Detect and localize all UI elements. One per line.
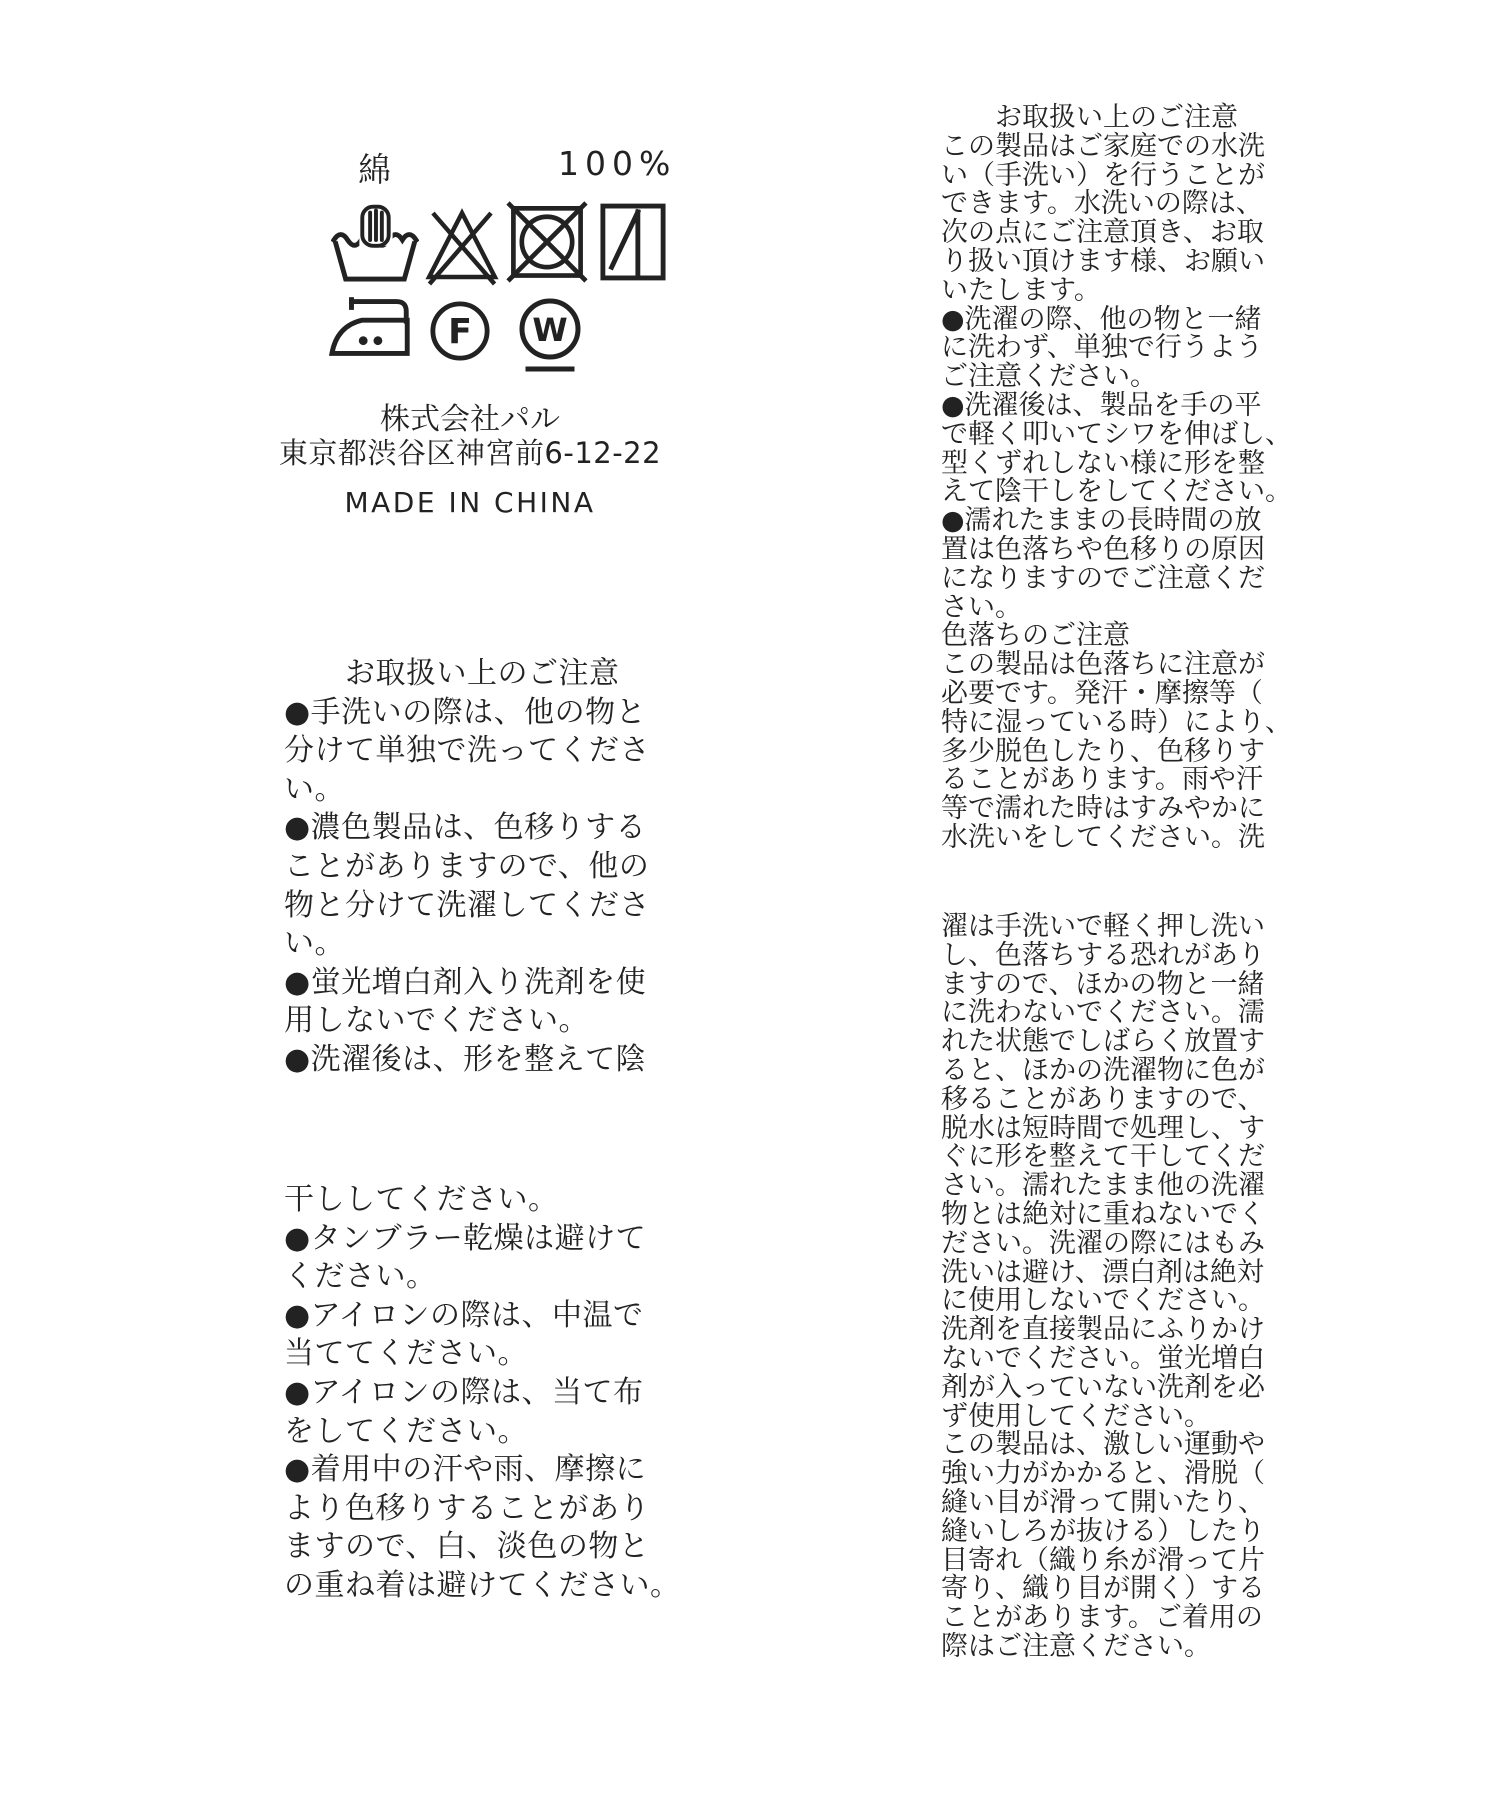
text-line: ださい。洗濯の際にはもみ: [941, 1230, 1303, 1259]
text-line: ●濃色製品は、色移りする: [284, 809, 679, 848]
text-line: できます。水洗いの際は、: [941, 190, 1303, 219]
text-line: 型くずれしない様に形を整: [941, 450, 1303, 479]
text-line: この製品は、激しい運動や: [941, 1431, 1303, 1460]
text-line: ●手洗いの際は、他の物と: [284, 694, 679, 733]
text-line: の重ね着は避けてください。: [284, 1567, 679, 1606]
text-line: お取扱い上のご注意: [284, 655, 679, 694]
text-line: し、色落ちする恐れがあり: [941, 942, 1303, 971]
text-line: さい。: [941, 594, 1303, 623]
text-line: ことがあります。ご着用の: [941, 1604, 1303, 1633]
text-line: 等で濡れた時はすみやかに: [941, 795, 1303, 824]
text-line: この製品は色落ちに注意が: [941, 651, 1303, 680]
text-line: 洗剤を直接製品にふりかけ: [941, 1316, 1303, 1345]
text-line: い。: [284, 925, 679, 964]
text-line: い（手洗い）を行うことが: [941, 162, 1303, 191]
country-of-origin: MADE IN CHINA: [260, 486, 680, 519]
text-line: に洗わないでください。濡: [941, 999, 1303, 1028]
text-line: 物と分けて洗濯してくださ: [284, 887, 679, 926]
dry-clean-petroleum-icon: F: [429, 300, 491, 362]
text-line: ますので、ほかの物と一緒: [941, 971, 1303, 1000]
text-line: ることがあります。雨や汗: [941, 766, 1303, 795]
text-line: い。: [284, 771, 679, 810]
text-line: で軽く叩いてシワを伸ばし、: [941, 421, 1303, 450]
text-line: 移ることがありますので、: [941, 1086, 1303, 1115]
text-line: ず使用してください。: [941, 1403, 1303, 1432]
text-line: ●タンブラー乾燥は避けて: [284, 1220, 679, 1259]
text-line: 必要です。発汗・摩擦等（: [941, 680, 1303, 709]
text-line: 分けて単独で洗ってくださ: [284, 732, 679, 771]
text-line: ください。: [284, 1258, 679, 1297]
text-line: に使用しないでください。: [941, 1287, 1303, 1316]
text-line: 特に湿っている時）により、: [941, 709, 1303, 738]
text-line: 次の点にご注意頂き、お取: [941, 219, 1303, 248]
text-line: になりますのでご注意くだ: [941, 565, 1303, 594]
text-line: ないでください。蛍光増白: [941, 1345, 1303, 1374]
text-line: ことがありますので、他の: [284, 848, 679, 887]
text-line: 寄り、織り目が開く）する: [941, 1575, 1303, 1604]
line-dry-in-shade-icon: [599, 201, 667, 283]
company-address: 東京都渋谷区神宮前6-12-22: [260, 437, 680, 470]
text-line: 目寄れ（織り糸が滑って片: [941, 1547, 1303, 1576]
text-line: より色移りすることがあり: [284, 1490, 679, 1529]
text-line: 水洗いをしてください。洗: [941, 824, 1303, 853]
text-line: ●濡れたままの長時間の放: [941, 507, 1303, 536]
text-line: 置は色落ちや色移りの原因: [941, 536, 1303, 565]
wet-clean-letter: W: [532, 311, 567, 349]
text-line: に洗わず、単独で行うよう: [941, 334, 1303, 363]
do-not-bleach-icon: [422, 204, 502, 286]
text-line: ●洗濯後は、製品を手の平: [941, 392, 1303, 421]
right-care-notes-part2: 濯は手洗いで軽く押し洗いし、色落ちする恐れがありますので、ほかの物と一緒に洗わな…: [941, 913, 1303, 1662]
text-line: この製品はご家庭での水洗: [941, 133, 1303, 162]
text-line: ●アイロンの際は、中温で: [284, 1297, 679, 1336]
dry-clean-letter: F: [448, 313, 472, 353]
text-line: ●アイロンの際は、当て布: [284, 1374, 679, 1413]
right-care-notes-part1: お取扱い上のご注意この製品はご家庭での水洗い（手洗い）を行うことができます。水洗…: [941, 104, 1303, 853]
fiber-name: 綿: [358, 144, 391, 191]
text-line: り扱い頂けます様、お願い: [941, 248, 1303, 277]
text-line: ると、ほかの洗濯物に色が: [941, 1057, 1303, 1086]
left-care-notes-part1: お取扱い上のご注意●手洗いの際は、他の物と分けて単独で洗ってください。●濃色製品…: [284, 655, 679, 1080]
text-line: 色落ちのご注意: [941, 622, 1303, 651]
left-care-notes-part2: 干ししてください。●タンブラー乾燥は避けてください。●アイロンの際は、中温で当て…: [284, 1181, 679, 1606]
text-line: ●蛍光増白剤入り洗剤を使: [284, 964, 679, 1003]
text-line: ご注意ください。: [941, 363, 1303, 392]
iron-medium-heat-icon: [329, 291, 417, 363]
text-line: 用しないでください。: [284, 1002, 679, 1041]
text-line: 強い力がかかると、滑脱（: [941, 1460, 1303, 1489]
text-line: をしてください。: [284, 1413, 679, 1452]
text-line: 縫い目が滑って開いたり、: [941, 1489, 1303, 1518]
text-line: 多少脱色したり、色移りす: [941, 738, 1303, 767]
text-line: 物とは絶対に重ねないでく: [941, 1201, 1303, 1230]
hand-wash-icon: [331, 190, 419, 286]
text-line: れた状態でしばらく放置す: [941, 1028, 1303, 1057]
text-line: 当ててください。: [284, 1335, 679, 1374]
text-line: 縫いしろが抜ける）したり: [941, 1518, 1303, 1547]
do-not-tumble-dry-icon: [505, 198, 589, 284]
company-name: 株式会社パル: [260, 403, 680, 437]
text-line: 脱水は短時間で処理し、す: [941, 1115, 1303, 1144]
text-line: ぐに形を整えて干してくだ: [941, 1143, 1303, 1172]
text-line: いたします。: [941, 277, 1303, 306]
text-line: 際はご注意ください。: [941, 1633, 1303, 1662]
text-line: ●着用中の汗や雨、摩擦に: [284, 1451, 679, 1490]
text-line: ●洗濯の際、他の物と一緒: [941, 306, 1303, 335]
fiber-percent: 100%: [558, 144, 676, 183]
text-line: 洗いは避け、漂白剤は絶対: [941, 1259, 1303, 1288]
text-line: お取扱い上のご注意: [941, 104, 1303, 133]
text-line: 干ししてください。: [284, 1181, 679, 1220]
manufacturer-block: 株式会社パル 東京都渋谷区神宮前6-12-22 MADE IN CHINA: [260, 403, 680, 519]
text-line: 濯は手洗いで軽く押し洗い: [941, 913, 1303, 942]
text-line: さい。濡れたまま他の洗濯: [941, 1172, 1303, 1201]
text-line: ●洗濯後は、形を整えて陰: [284, 1041, 679, 1080]
wet-clean-gentle-icon: W: [516, 298, 584, 376]
text-line: えて陰干しをしてください。: [941, 478, 1303, 507]
care-label-page: 綿 100% F W: [0, 0, 1500, 1800]
text-line: 剤が入っていない洗剤を必: [941, 1374, 1303, 1403]
text-line: ますので、白、淡色の物と: [284, 1528, 679, 1567]
